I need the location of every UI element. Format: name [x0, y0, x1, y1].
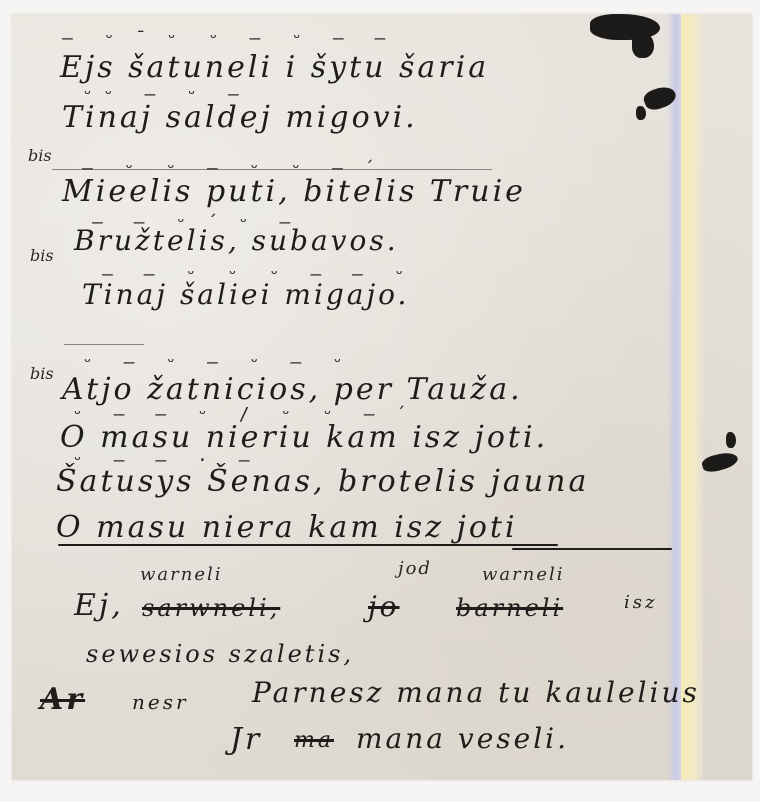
insertion-note: warneli [140, 564, 223, 585]
verse-line: Bružtelis, subavos. [74, 224, 399, 257]
ink-blot [632, 32, 654, 58]
section-divider [58, 544, 558, 546]
scan-blue-band [667, 14, 681, 780]
verse-line: Tinaj saldej migovi. [62, 100, 418, 135]
struck-word: sarwneli, [142, 594, 280, 622]
margin-note: bis [30, 364, 54, 383]
verse-line: Parnesz mana tu kaulelius [252, 676, 700, 709]
scan-yellow-band [681, 14, 703, 780]
insertion-note: warneli [482, 564, 565, 585]
struck-word: ma [294, 728, 334, 753]
ink-blot [701, 450, 740, 475]
margin-note: bis [30, 246, 54, 265]
verse-line: Atjo žatnicios, per Tauža. [62, 372, 523, 407]
prosody-marks: – ᵕ ̄ ᵕ ᵕ – ᵕ – – [62, 28, 395, 49]
verse-line: Šatusys Šenas, brotelis jauna [56, 464, 589, 499]
verse-line-start: Jr [230, 722, 262, 757]
verse-line: Ejs šatuneli i šytu šaria [60, 50, 489, 85]
verse-line: Tinaj šaliei migajo. [82, 278, 409, 311]
verse-line-end: isz [624, 592, 657, 613]
insertion-note: jod [398, 558, 432, 579]
struck-word: jo [368, 590, 400, 623]
verse-line-end: mana veseli. [356, 722, 569, 755]
ink-blot [636, 106, 646, 120]
struck-word: Ar [40, 682, 85, 717]
margin-note: bis [28, 146, 52, 165]
section-divider [512, 548, 672, 550]
verse-line: O masu niera kam isz joti [56, 510, 518, 545]
verse-line-prefix: nesr [132, 690, 189, 714]
prosody-marks: ᵕ – ᵕ – ᵕ – ᵕ [82, 352, 353, 373]
divider-line [64, 344, 144, 345]
manuscript-page: – ᵕ ̄ ᵕ ᵕ – ᵕ – – Ejs šatuneli i šytu ša… [12, 14, 752, 780]
verse-line: sewesios szaletis, [86, 640, 354, 668]
struck-word: barneli [456, 594, 563, 622]
verse-line: Mieelis puti, bitelis Truie [62, 174, 526, 209]
ink-blot [726, 432, 736, 448]
verse-line-start: Ej, [74, 588, 124, 623]
